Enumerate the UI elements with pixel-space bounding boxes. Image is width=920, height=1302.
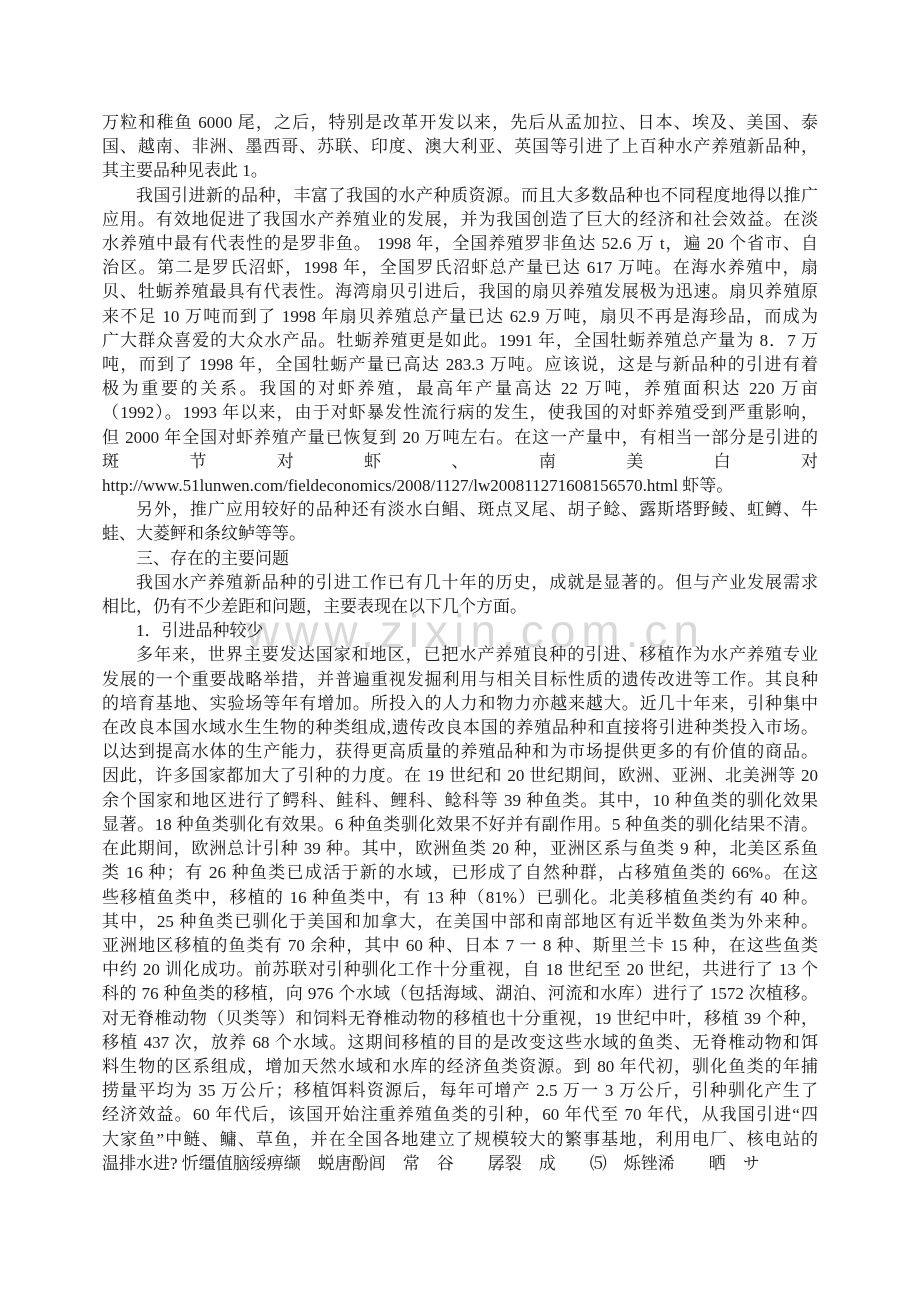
text-line: 些移植鱼类中，移植的 16 种鱼类中，有 13 种（81%）已驯化。北美移植鱼类… xyxy=(102,886,818,910)
text-line: 捞量平均为 35 万公斤；移植饵料资源后，每年可增产 2.5 万一 3 万公斤，… xyxy=(102,1079,818,1103)
text-line: 但 2000 年全国对虾养殖产量已恢复到 20 万吨左右。在这一产量中，有相当一… xyxy=(102,426,818,450)
text-line: 万粒和稚鱼 6000 尾，之后，特别是改革开发以来，先后从孟加拉、日本、埃及、美… xyxy=(102,111,818,135)
text-line: 大家鱼”中鲢、鳙、草鱼，并在全国各地建立了规模较大的繁事基地，利用电厂、核电站的 xyxy=(102,1128,818,1152)
text-line: 以达到提高水体的生产能力，获得更高质量的养殖品种和为市场提供更多的有价值的商品。 xyxy=(102,740,818,764)
text-line: （1992）。1993 年以来，由于对虾暴发性流行病的发生，使我国的对虾养殖受到… xyxy=(102,401,818,425)
text-line: 应用。有效地促进了我国水产养殖业的发展，并为我国创造了巨大的经济和社会效益。在淡 xyxy=(102,208,818,232)
document-body: 万粒和稚鱼 6000 尾，之后，特别是改革开发以来，先后从孟加拉、日本、埃及、美… xyxy=(102,111,818,1176)
garbled-line: 温排水进? 忻缰值脑绥痹缬 蜕唐酚闾 常 谷 孱裂 成 ⑸ 烁锉浠 晒 サ xyxy=(102,1152,818,1176)
text-line: 贝、牡蛎养殖最具有代表性。海湾扇贝引进后，我国的扇贝养殖发展极为迅速。扇贝养殖原 xyxy=(102,280,818,304)
text-line: 的培育基地、实验场等年有增加。所投入的人力和物力亦越来越大。近几十年来，引种集中 xyxy=(102,692,818,716)
text-line: 在此期间，欧洲总计引种 39 种。其中，欧洲鱼类 20 种，亚洲区系与鱼类 9 … xyxy=(102,837,818,861)
subsection-heading: 1．引进品种较少 xyxy=(102,619,818,643)
text-line: 我国引进新的品种，丰富了我国的水产种质资源。而且大多数品种也不同程度地得以推广 xyxy=(102,184,818,208)
text-line: 治区。第二是罗氏沼虾，1998 年，全国罗氏沼虾总产量已达 617 万吨。在海水… xyxy=(102,256,818,280)
text-line: 水养殖中最有代表性的是罗非鱼。 1998 年，全国养殖罗非鱼达 52.6 万 t… xyxy=(102,232,818,256)
text-line: 显著。18 种鱼类驯化有效果。6 种鱼类驯化效果不好并有副作用。5 种鱼类的驯化… xyxy=(102,813,818,837)
text-line: 广大群众喜爱的大众水产品。牡蛎养殖更是如此。1991 年，全国牡蛎养殖总产量为 … xyxy=(102,329,818,353)
text-line: 对无脊椎动物（贝类等）和饲料无脊椎动物的移植也十分重视，19 世纪中叶，移植 3… xyxy=(102,1007,818,1031)
spread-line: 斑 节 对 虾 、 南 美 白 对 xyxy=(102,450,818,474)
text-line: 多年来，世界主要发达国家和地区，已把水产养殖良种的引进、移植作为水产养殖专业 xyxy=(102,643,818,667)
text-line: 相比，仍有不少差距和问题，主要表现在以下几个方面。 xyxy=(102,595,818,619)
section-heading: 三、存在的主要问题 xyxy=(102,547,818,571)
text-line: 亚洲地区移植的鱼类有 70 余种，其中 60 种、日本 7 一 8 种、斯里兰卡… xyxy=(102,934,818,958)
text-line: 蛙、大菱鲆和条纹鲈等等。 xyxy=(102,522,818,546)
text-line: 极为重要的关系。我国的对虾养殖，最高年产量高达 22 万吨，养殖面积达 220 … xyxy=(102,377,818,401)
text-line: 料生物的区系组成，增加天然水域和水库的经济鱼类资源。到 80 年代初，驯化鱼类的… xyxy=(102,1055,818,1079)
text-line: 移植 437 次，放养 68 个水域。这期间移植的目的是改变这些水域的鱼类、无脊… xyxy=(102,1031,818,1055)
text-line: 我国水产养殖新品种的引进工作已有几十年的历史，成就是显著的。但与产业发展需求 xyxy=(102,571,818,595)
text-line: 发展的一个重要战略举措，并普遍重视发掘利用与相关目标性质的遗传改进等工作。其良种 xyxy=(102,668,818,692)
text-line: 国、越南、非洲、墨西哥、苏联、印度、澳大利亚、英国等引进了上百种水产养殖新品种， xyxy=(102,135,818,159)
text-line: 在改良本国水域水生生物的种类组成,遗传改良本国的养殖品种和直接将引进种类投入市场… xyxy=(102,716,818,740)
url-line: http://www.51lunwen.com/fieldeconomics/2… xyxy=(102,474,818,498)
text-line: 余个国家和地区进行了鳄科、鲑科、鲤科、鲶科等 39 种鱼类。其中，10 种鱼类的… xyxy=(102,789,818,813)
text-line: 来不足 10 万吨而到了 1998 年扇贝养殖总产量已达 62.9 万吨，扇贝不… xyxy=(102,305,818,329)
text-line: 科的 76 种鱼类的移植，向 976 个水域（包括海域、湖泊、河流和水库）进行了… xyxy=(102,982,818,1006)
text-line: 其主要品种见表此 1。 xyxy=(102,159,818,183)
text-line: 中约 20 训化成功。前苏联对引种驯化工作十分重视，自 18 世纪至 20 世纪… xyxy=(102,958,818,982)
text-line: 其中，25 种鱼类已驯化于美国和加拿大，在美国中部和南部地区有近半数鱼类为外来种… xyxy=(102,910,818,934)
text-line: 类 16 种；有 26 种鱼类已成活于新的水域，已形成了自然种群，占移殖鱼类的 … xyxy=(102,861,818,885)
text-line: 吨，而到了 1998 年，全国牡蛎产量已高达 283.3 万吨。应该说，这是与新… xyxy=(102,353,818,377)
text-line: 另外，推广应用较好的品种还有淡水白鲳、斑点叉尾、胡子鲶、露斯塔野鲮、虹鳟、牛 xyxy=(102,498,818,522)
document-page: www.zixin.com.cn 万粒和稚鱼 6000 尾，之后，特别是改革开发… xyxy=(0,0,920,1302)
text-line: 经济效益。60 年代后，该国开始注重养殖鱼类的引种，60 年代至 70 年代，从… xyxy=(102,1103,818,1127)
text-line: 因此，许多国家都加大了引种的力度。在 19 世纪和 20 世纪期间，欧洲、亚洲、… xyxy=(102,764,818,788)
